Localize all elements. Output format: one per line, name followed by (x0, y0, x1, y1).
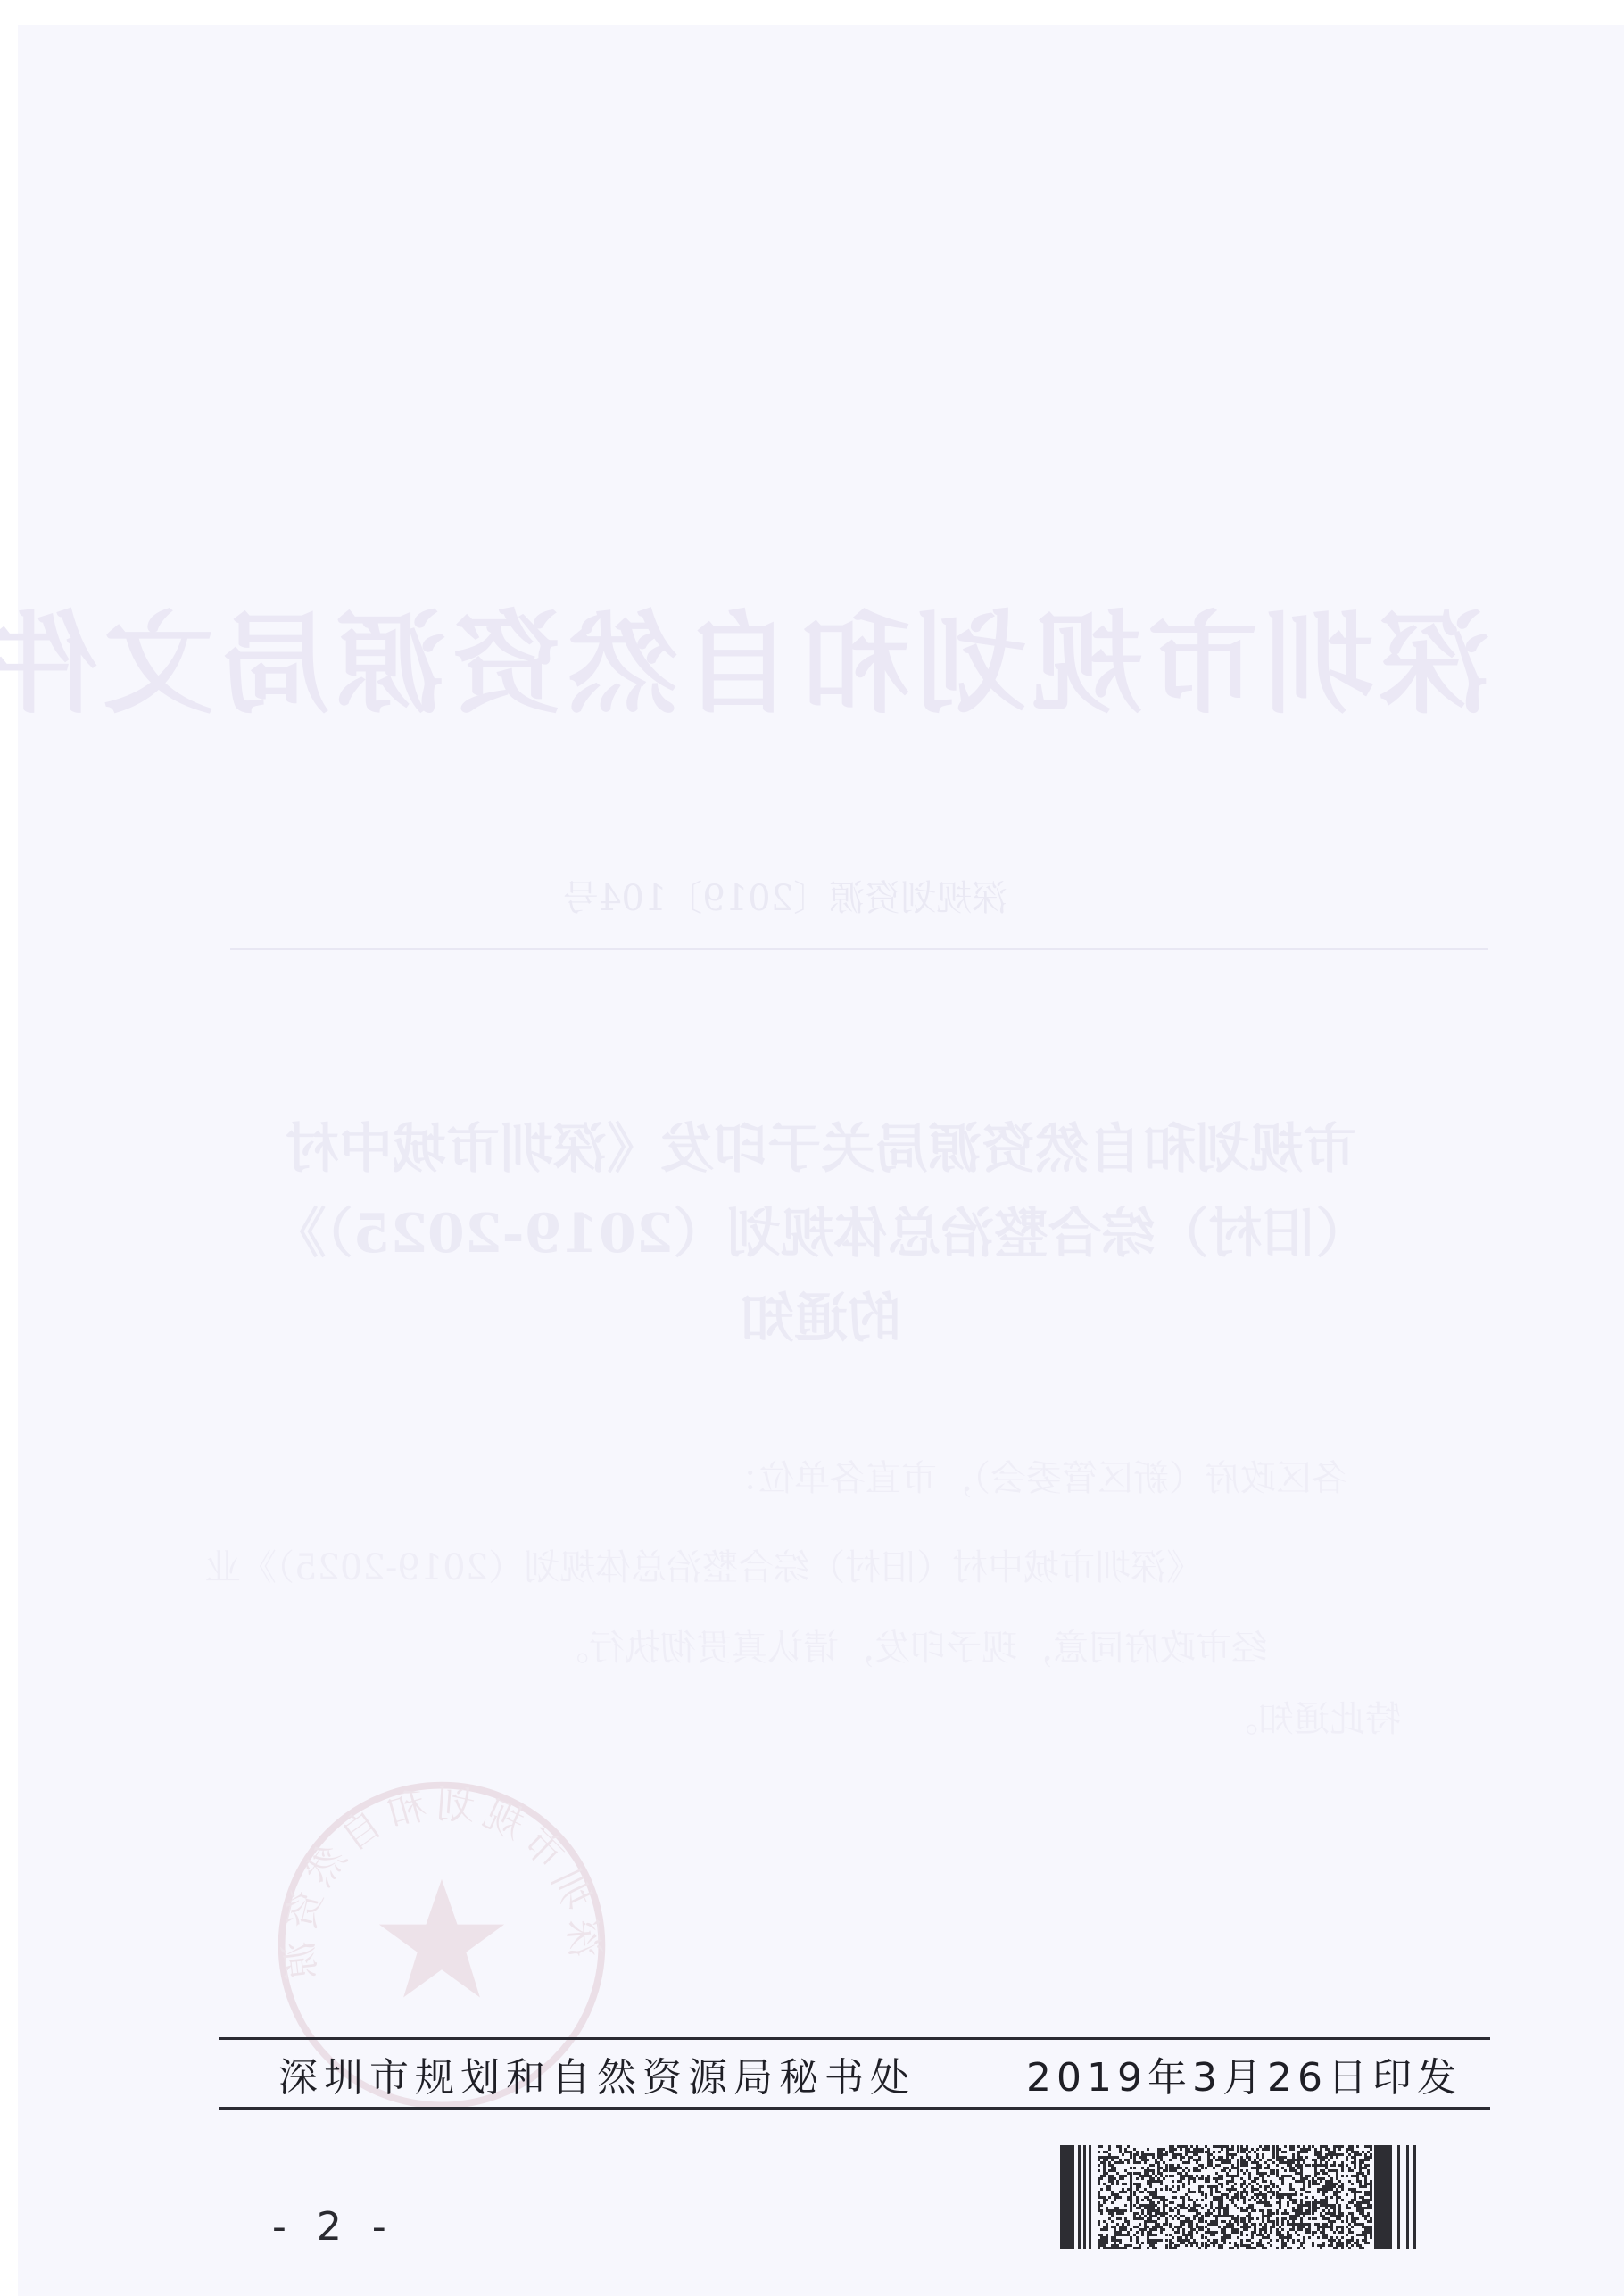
show-through-title: 深圳市规划和自然资源局文件 (223, 576, 1490, 734)
show-through-heading-line: 的通知 (161, 1276, 1481, 1353)
footer-print-date: 2019年3月26日印发 (1026, 2045, 1462, 2102)
show-through-doc-number: 深规划资源〔2019〕104号 (446, 870, 1124, 921)
show-through-heading-line: （旧村）综合整治总体规划（2019-2025）》 (161, 1191, 1481, 1268)
show-through-rule (230, 948, 1488, 950)
show-through-body-line: 特此通知。 (1222, 1691, 1401, 1742)
footer-bottom-rule (219, 2107, 1490, 2110)
show-through-body-line: 经市政府同意，现予印发，请认真贯彻执行。 (553, 1620, 1267, 1670)
show-through-body-line: 《深圳市城中村（旧村）综合整治总体规划（2019-2025）》业 (205, 1539, 1202, 1590)
footer-issuer: 深圳市规划和自然资源局秘书处 (278, 2045, 916, 2102)
footer-top-rule (219, 2037, 1490, 2040)
show-through-body-line: 各区政府（新区管委会），市直各单位： (723, 1450, 1347, 1501)
pdf417-barcode-icon (1060, 2145, 1419, 2249)
show-through-heading-line: 市规划和自然资源局关于印发《深圳市城中村 (161, 1107, 1481, 1183)
page-number: - 2 - (272, 2204, 395, 2250)
